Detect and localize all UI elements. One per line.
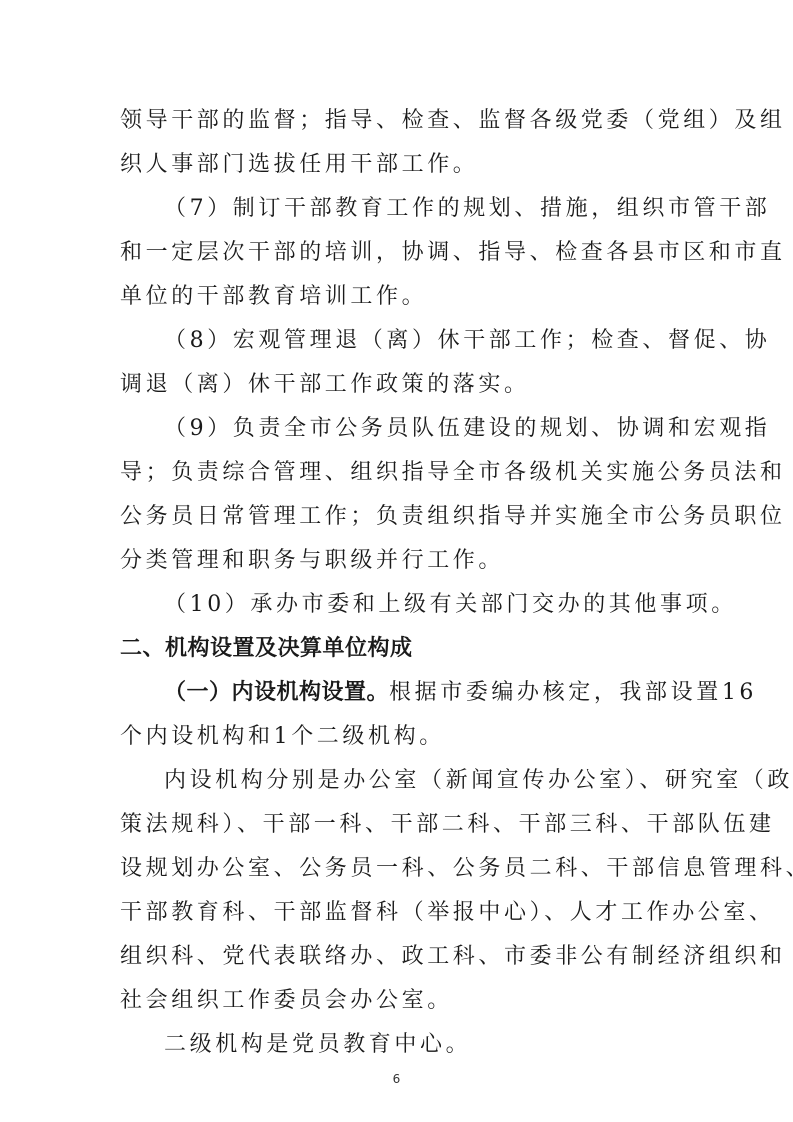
paragraph-line: 设规划办公室、公务员一科、公务员二科、干部信息管理科、 <box>120 854 675 884</box>
paragraph-line: 领导干部的监督；指导、检查、监督各级党委（党组）及组 <box>120 106 675 136</box>
subsection-title: （一）内设机构设置。 <box>164 680 389 705</box>
paragraph-line: 和一定层次干部的培训，协调、指导、检查各县市区和市直 <box>120 238 675 268</box>
subsection-text: 根据市委编办核定，我部设置16 <box>389 680 757 705</box>
paragraph-line: （7）制订干部教育工作的规划、措施，组织市管干部 <box>164 194 675 224</box>
subsection-paragraph: （一）内设机构设置。根据市委编办核定，我部设置16 <box>164 678 675 708</box>
paragraph-line: 公务员日常管理工作；负责组织指导并实施全市公务员职位 <box>120 502 675 532</box>
paragraph-line: 干部教育科、干部监督科（举报中心）、人才工作办公室、 <box>120 898 675 928</box>
paragraph-line: 分类管理和职务与职级并行工作。 <box>120 546 675 576</box>
paragraph-line: （10）承办市委和上级有关部门交办的其他事项。 <box>164 590 675 620</box>
paragraph-line: （8）宏观管理退（离）休干部工作；检查、督促、协 <box>164 326 675 356</box>
section-heading: 二、机构设置及决算单位构成 <box>120 634 675 664</box>
paragraph-line: （9）负责全市公务员队伍建设的规划、协调和宏观指 <box>164 414 675 444</box>
paragraph-line: 单位的干部教育培训工作。 <box>120 282 675 312</box>
page-number: 6 <box>0 1072 793 1086</box>
document-page: 领导干部的监督；指导、检查、监督各级党委（党组）及组 织人事部门选拔任用干部工作… <box>0 0 793 1122</box>
paragraph-line: 组织科、党代表联络办、政工科、市委非公有制经济组织和 <box>120 942 675 972</box>
paragraph-line: 二级机构是党员教育中心。 <box>164 1030 675 1060</box>
paragraph-line: 导；负责综合管理、组织指导全市各级机关实施公务员法和 <box>120 458 675 488</box>
paragraph-line: 个内设机构和1个二级机构。 <box>120 722 675 752</box>
paragraph-line: 策法规科）、干部一科、干部二科、干部三科、干部队伍建 <box>120 810 675 840</box>
paragraph-line: 织人事部门选拔任用干部工作。 <box>120 150 675 180</box>
paragraph-line: 内设机构分别是办公室（新闻宣传办公室）、研究室（政 <box>164 766 675 796</box>
paragraph-line: 调退（离）休干部工作政策的落实。 <box>120 370 675 400</box>
paragraph-line: 社会组织工作委员会办公室。 <box>120 986 675 1016</box>
